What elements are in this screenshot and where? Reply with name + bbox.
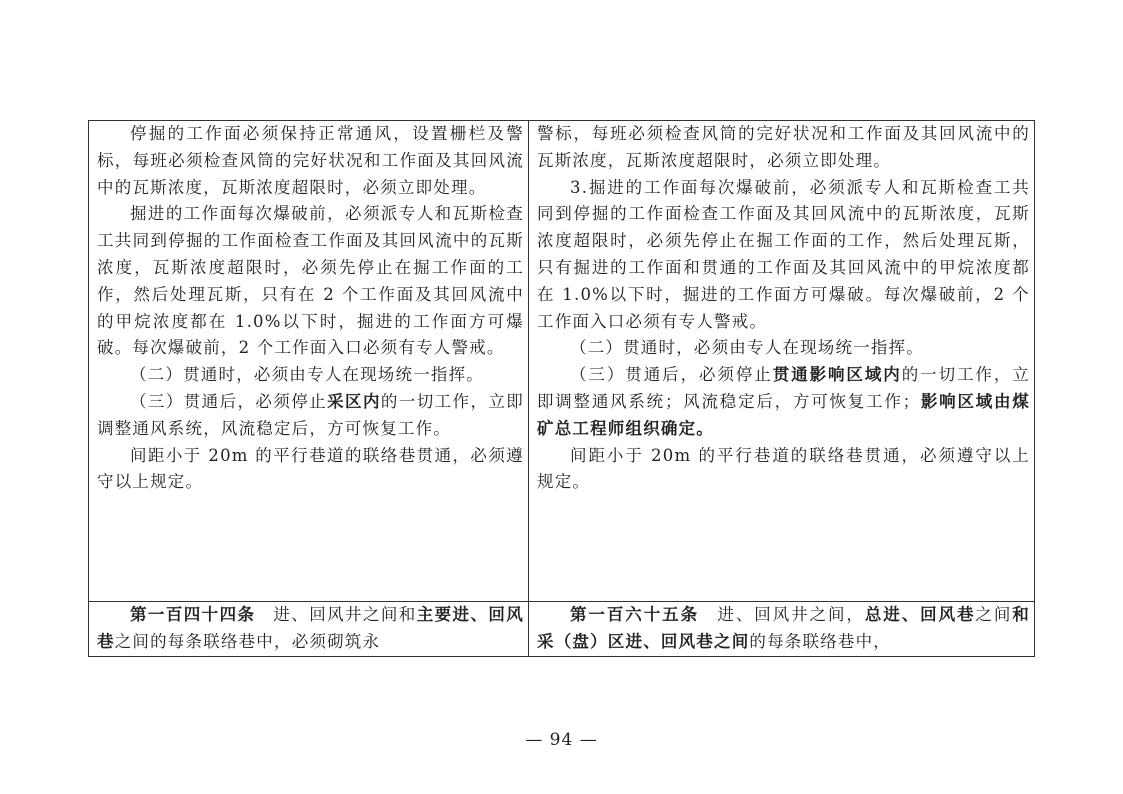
text: （三）贯通后，必须停止 [130, 392, 327, 411]
bold-text: 采区内 [327, 392, 381, 411]
left-cell-article-144: 第一百四十四条 进、回风井之间和主要进、回风巷之间的每条联络巷中，必须砌筑永 [89, 602, 529, 657]
right-cell-article-165: 第一百六十五条 进、回风井之间，总进、回风巷之间和采（盘）区进、回风巷之间的每条… [529, 602, 1035, 657]
bold-text: 总进、回风巷 [865, 605, 976, 624]
paragraph: 3.掘进的工作面每次爆破前，必须派专人和瓦斯检查工共同到停掘的工作面检查工作面及… [537, 175, 1030, 336]
text: 进、回风井之间和 [255, 605, 416, 624]
paragraph: 警标，每班必须检查风筒的完好状况和工作面及其回风流中的瓦斯浓度，瓦斯浓度超限时，… [537, 121, 1030, 175]
table-row: 停掘的工作面必须保持正常通风，设置栅栏及警标，每班必须检查风筒的完好状况和工作面… [89, 121, 1035, 602]
paragraph: 停掘的工作面必须保持正常通风，设置栅栏及警标，每班必须检查风筒的完好状况和工作面… [97, 121, 524, 201]
paragraph: 第一百四十四条 进、回风井之间和主要进、回风巷之间的每条联络巷中，必须砌筑永 [97, 602, 524, 656]
left-cell-old-text: 停掘的工作面必须保持正常通风，设置栅栏及警标，每班必须检查风筒的完好状况和工作面… [89, 121, 529, 602]
paragraph: （二）贯通时，必须由专人在现场统一指挥。 [97, 362, 524, 389]
paragraph: 第一百六十五条 进、回风井之间，总进、回风巷之间和采（盘）区进、回风巷之间的每条… [537, 602, 1030, 656]
paragraph: 间距小于 20m 的平行巷道的联络巷贯通，必须遵守以上规定。 [97, 443, 524, 497]
paragraph: （二）贯通时，必须由专人在现场统一指挥。 [537, 335, 1030, 362]
paragraph: 间距小于 20m 的平行巷道的联络巷贯通，必须遵守以上规定。 [537, 443, 1030, 497]
article-number: 第一百四十四条 [130, 605, 255, 624]
right-cell-new-text: 警标，每班必须检查风筒的完好状况和工作面及其回风流中的瓦斯浓度，瓦斯浓度超限时，… [529, 121, 1035, 602]
article-number: 第一百六十五条 [570, 605, 699, 624]
paragraph: 掘进的工作面每次爆破前，必须派专人和瓦斯检查工共同到停掘的工作面检查工作面及其回… [97, 201, 524, 362]
paragraph: （三）贯通后，必须停止贯通影响区域内的一切工作，立即调整通风系统；风流稳定后，方… [537, 362, 1030, 442]
text: （三）贯通后，必须停止 [570, 365, 773, 384]
table-row: 第一百四十四条 进、回风井之间和主要进、回风巷之间的每条联络巷中，必须砌筑永 第… [89, 602, 1035, 657]
bold-text: 贯通影响区域内 [773, 365, 902, 384]
text: 的每条联络巷中， [749, 632, 891, 651]
text: 之间 [975, 605, 1012, 624]
text: 之间的每条联络巷中，必须砌筑永 [115, 632, 381, 651]
text: 进、回风井之间， [699, 605, 865, 624]
paragraph: （三）贯通后，必须停止采区内的一切工作，立即调整通风系统，风流稳定后，方可恢复工… [97, 389, 524, 443]
page-number: — 94 — [0, 730, 1123, 750]
comparison-table: 停掘的工作面必须保持正常通风，设置栅栏及警标，每班必须检查风筒的完好状况和工作面… [88, 120, 1035, 657]
